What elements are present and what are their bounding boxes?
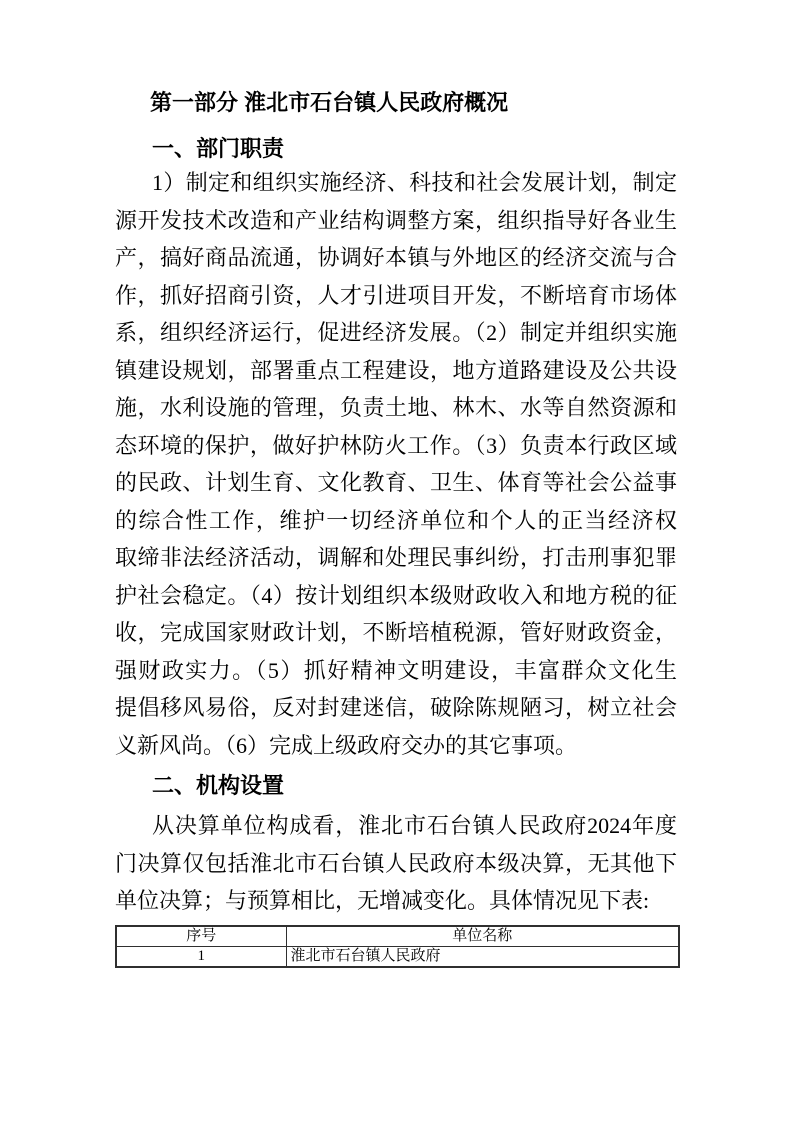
text-line: 的民政、计划生育、文化教育、卫生、体育等社会公益事业 xyxy=(115,464,677,502)
text-line: 的综合性工作，维护一切经济单位和个人的正当经济权益， xyxy=(115,502,677,540)
table-cell-serial: 1 xyxy=(116,947,286,968)
table-header-serial: 序号 xyxy=(116,926,286,947)
text-line: 单位决算；与预算相比，无增减变化。具体情况见下表: xyxy=(115,882,677,920)
text-line: 施，水利设施的管理，负责土地、林木、水等自然资源和生 xyxy=(115,389,677,427)
text-line: 从决算单位构成看，淮北市石台镇人民政府2024年度部 xyxy=(115,807,677,845)
text-line: 源开发技术改造和产业结构调整方案，组织指导好各业生 xyxy=(115,202,677,240)
document-title: 第一部分 淮北市石台镇人民政府概况 xyxy=(150,90,508,116)
text-line: 护社会稳定。（4）按计划组织本级财政收入和地方税的征 xyxy=(115,577,677,615)
text-line: 1）制定和组织实施经济、科技和社会发展计划，制定资 xyxy=(115,164,677,202)
structure-paragraph: 从决算单位构成看，淮北市石台镇人民政府2024年度部 门决算仅包括淮北市石台镇人… xyxy=(115,807,677,920)
table-header-row: 序号 单位名称 xyxy=(116,926,679,947)
section-heading-duties: 一、部门职责 xyxy=(152,137,284,161)
text-line: 镇建设规划，部署重点工程建设，地方道路建设及公共设 xyxy=(115,352,677,390)
text-line: 态环境的保护，做好护林防火工作。（3）负责本行政区域内 xyxy=(115,427,677,465)
table-row: 1 淮北市石台镇人民政府 xyxy=(116,947,679,968)
text-line: 强财政实力。（5）抓好精神文明建设，丰富群众文化生活， xyxy=(115,652,677,690)
text-line: 收，完成国家财政计划，不断培植税源，管好财政资金，增 xyxy=(115,614,677,652)
text-line: 产，搞好商品流通，协调好本镇与外地区的经济交流与合 xyxy=(115,239,677,277)
section-heading-structure: 二、机构设置 xyxy=(152,774,284,798)
text-line: 取缔非法经济活动，调解和处理民事纠纷，打击刑事犯罪维 xyxy=(115,539,677,577)
text-line: 作，抓好招商引资，人才引进项目开发，不断培育市场体 xyxy=(115,277,677,315)
table-cell-unit-name: 淮北市石台镇人民政府 xyxy=(286,947,679,968)
text-line: 系，组织经济运行，促进经济发展。（2）制定并组织实施村 xyxy=(115,314,677,352)
document-page: 第一部分 淮北市石台镇人民政府概况 一、部门职责 1）制定和组织实施经济、科技和… xyxy=(0,0,793,1122)
duties-paragraph: 1）制定和组织实施经济、科技和社会发展计划，制定资 源开发技术改造和产业结构调整… xyxy=(115,164,677,764)
table-header-unit-name: 单位名称 xyxy=(286,926,679,947)
units-table: 序号 单位名称 1 淮北市石台镇人民政府 xyxy=(115,925,680,968)
text-line: 门决算仅包括淮北市石台镇人民政府本级决算，无其他下属 xyxy=(115,845,677,883)
text-line: 义新风尚。（6）完成上级政府交办的其它事项。 xyxy=(115,727,677,765)
text-line: 提倡移风易俗，反对封建迷信，破除陈规陋习，树立社会主 xyxy=(115,689,677,727)
